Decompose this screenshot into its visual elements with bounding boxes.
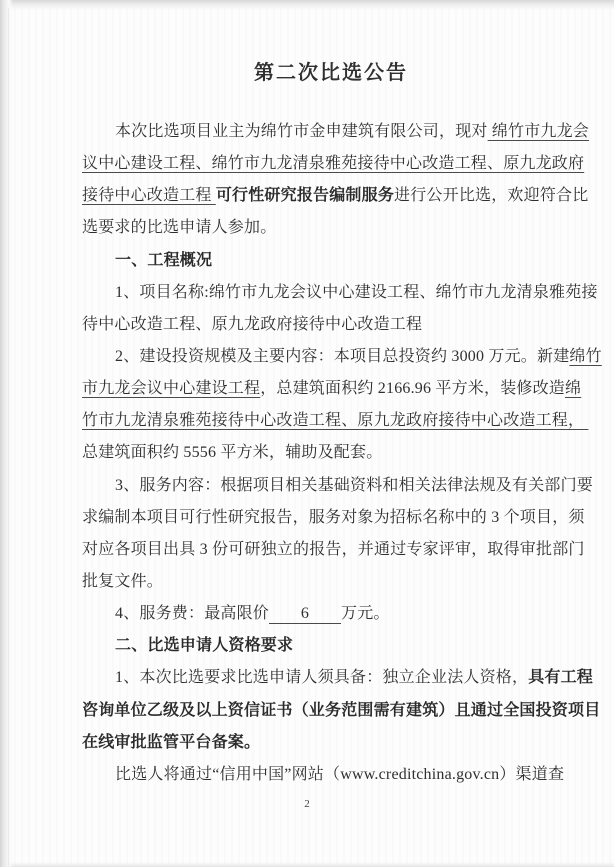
filled-blank: 6 — [269, 605, 341, 624]
text-line: 对应各项目出具 3 份可研独立的报告，并通过专家评审，取得审批部门 — [82, 534, 592, 566]
text-line: 1、项目名称:绵竹市九龙会议中心建设工程、绵竹市九龙清泉雅苑接 — [82, 277, 592, 309]
text-line: 接待中心改造工程 可行性研究报告编制服务进行公开比选，欢迎符合比 — [82, 180, 592, 212]
text-segment: 在线审批监管平台备案。 — [82, 734, 260, 751]
text-line: 市九龙会议中心建设工程，总建筑面积约 2166.96 平方米，装修改造绵 — [82, 373, 592, 405]
text-line: 总建筑面积约 5556 平方米，辅助及配套。 — [82, 437, 592, 469]
text-segment: 万元。 — [341, 605, 390, 622]
text-line: 在线审批监管平台备案。 — [82, 727, 592, 759]
scanned-document-page: 第二次比选公告 本次比选项目业主为绵竹市金申建筑有限公司，现对 绵竹市九龙会议中… — [0, 0, 614, 867]
text-segment: 总建筑面积约 5556 平方米，辅助及配套。 — [82, 444, 382, 461]
text-segment: 具有工程 — [528, 669, 593, 686]
text-segment: 绵 — [565, 380, 581, 397]
text-segment: 4、服务费：最高限价 — [115, 605, 269, 622]
text-line: 选要求的比选申请人参加。 — [82, 212, 592, 244]
text-segment: 议中心建设工程、绵竹市九龙清泉雅苑接待中心改造工程、原九龙政府 — [82, 155, 584, 172]
text-line: 求编制本项目可行性研究报告，服务对象为招标名称中的 3 个项目，须 — [82, 502, 592, 534]
text-segment: 接待中心改造工程 — [82, 187, 216, 204]
page-number: 2 — [0, 798, 614, 810]
text-line: 议中心建设工程、绵竹市九龙清泉雅苑接待中心改造工程、原九龙政府 — [82, 148, 592, 180]
text-line: 批复文件。 — [82, 566, 592, 598]
text-segment: 比选人将通过“信用中国”网站（www.creditchina.gov.cn）渠道… — [115, 766, 564, 783]
text-segment: 求编制本项目可行性研究报告，服务对象为招标名称中的 3 个项目，须 — [82, 509, 585, 526]
text-line: 4、服务费：最高限价6万元。 — [82, 598, 592, 630]
text-segment: 3、服务内容：根据项目相关基础资料和相关法律法规及有关部门要 — [115, 477, 593, 494]
text-segment: 待中心改造工程、原九龙政府接待中心改造工程 — [82, 316, 422, 333]
text-line: 本次比选项目业主为绵竹市金申建筑有限公司，现对 绵竹市九龙会 — [82, 116, 592, 148]
text-segment: 选要求的比选申请人参加。 — [82, 219, 276, 236]
text-line: 待中心改造工程、原九龙政府接待中心改造工程 — [82, 309, 592, 341]
text-line: 竹市九龙清泉雅苑接待中心改造工程、原九龙政府接待中心改造工程， — [82, 405, 592, 437]
text-segment: 咨询单位乙级及以上资信证书（业务范围需有建筑）且通过全国投资项目 — [82, 702, 600, 719]
text-segment: 对应各项目出具 3 份可研独立的报告，并通过专家评审，取得审批部门 — [82, 541, 585, 558]
text-segment: 绵竹 — [569, 348, 601, 365]
text-segment: 1、本次比选要求比选申请人须具备：独立企业法人资格， — [115, 669, 528, 686]
text-segment: 批复文件。 — [82, 573, 163, 590]
text-line: 咨询单位乙级及以上资信证书（业务范围需有建筑）且通过全国投资项目 — [82, 695, 592, 727]
document-title: 第二次比选公告 — [82, 56, 580, 85]
text-line: 比选人将通过“信用中国”网站（www.creditchina.gov.cn）渠道… — [82, 759, 592, 791]
text-segment: 市九龙会议中心建设工程 — [82, 380, 260, 397]
text-segment: 二、比选申请人资格要求 — [115, 637, 293, 654]
text-segment: 竹市九龙清泉雅苑接待中心改造工程、原九龙政府接待中心改造工程， — [82, 412, 588, 429]
text-line: 一、工程概况 — [82, 245, 592, 277]
text-line: 3、服务内容：根据项目相关基础资料和相关法律法规及有关部门要 — [82, 470, 592, 502]
text-segment: 可行性研究报告编制服务 — [216, 187, 394, 204]
text-segment: 1、项目名称:绵竹市九龙会议中心建设工程、绵竹市九龙清泉雅苑接 — [115, 284, 598, 301]
document-body: 本次比选项目业主为绵竹市金申建筑有限公司，现对 绵竹市九龙会议中心建设工程、绵竹… — [82, 116, 592, 791]
text-line: 二、比选申请人资格要求 — [82, 630, 592, 662]
text-segment: 本次比选项目业主为绵竹市金申建筑有限公司，现对 — [115, 123, 488, 140]
text-segment: 一、工程概况 — [115, 252, 212, 269]
text-segment: ，总建筑面积约 2166.96 平方米，装修改造 — [260, 380, 565, 397]
text-segment: 绵竹市九龙会 — [488, 123, 589, 140]
text-line: 1、本次比选要求比选申请人须具备：独立企业法人资格，具有工程 — [82, 662, 592, 694]
text-segment: 2、建设投资规模及主要内容：本项目总投资约 3000 万元。新建 — [115, 348, 569, 365]
text-line: 2、建设投资规模及主要内容：本项目总投资约 3000 万元。新建绵竹 — [82, 341, 592, 373]
text-segment: 进行公开比选，欢迎符合比 — [394, 187, 588, 204]
